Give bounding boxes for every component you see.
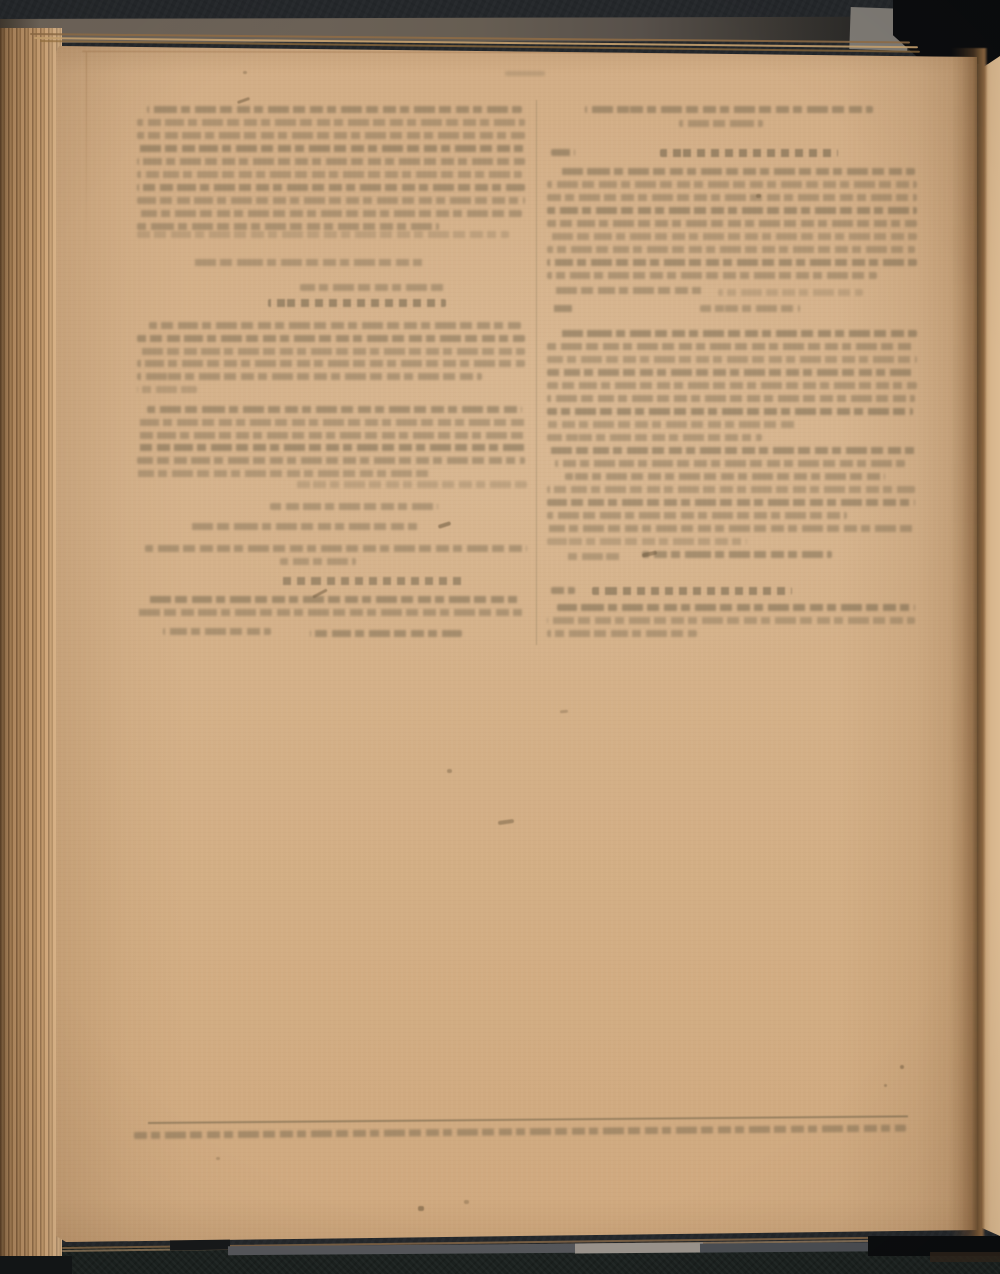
stain (418, 1206, 424, 1211)
showthrough-line (547, 486, 915, 493)
showthrough-line (547, 512, 847, 519)
showthrough-line (557, 330, 917, 337)
showthrough-line (147, 406, 522, 413)
showthrough-line (547, 207, 917, 214)
showthrough-line (145, 545, 527, 552)
showthrough-line (137, 158, 525, 165)
bed-gray-streak (700, 1242, 872, 1252)
showthrough-line (585, 106, 873, 113)
showthrough-line (310, 630, 462, 637)
showthrough-line (137, 145, 525, 152)
showthrough-line (660, 149, 838, 157)
showthrough-line (592, 587, 792, 595)
showthrough-line (137, 210, 522, 217)
showthrough-line (547, 356, 917, 363)
showthrough-line (268, 299, 446, 307)
showthrough-line (547, 194, 917, 201)
showthrough-line (300, 284, 448, 291)
showthrough-line (547, 259, 917, 266)
showthrough-line (547, 272, 877, 279)
showthrough-line (547, 395, 915, 402)
showthrough-line (147, 106, 522, 113)
footer-imprint-showthrough (134, 1125, 906, 1139)
showthrough-line (557, 168, 915, 175)
showthrough-line (137, 457, 525, 464)
showthrough-line (137, 197, 525, 204)
stain (237, 97, 250, 104)
showthrough-line (642, 551, 832, 558)
stain (464, 1200, 469, 1204)
stain (498, 819, 514, 825)
showthrough-line (547, 220, 917, 227)
showthrough-line (137, 360, 525, 367)
showthrough-line (565, 473, 885, 480)
showthrough-overlay (0, 0, 1000, 1274)
showthrough-line (137, 386, 197, 393)
showthrough-line (137, 470, 432, 477)
showthrough-line (547, 382, 917, 389)
showthrough-line (547, 630, 697, 637)
showthrough-line (547, 525, 915, 532)
showthrough-line (137, 335, 525, 342)
column-divider-showthrough (536, 100, 537, 645)
bed-gray-band-light (575, 1243, 703, 1254)
showthrough-line (137, 231, 509, 238)
stain (438, 521, 452, 529)
showthrough-line (547, 246, 915, 253)
page-number-smudge (505, 71, 545, 76)
showthrough-line (137, 444, 525, 451)
showthrough-line (547, 343, 915, 350)
bed-dark-notch (170, 1240, 230, 1251)
showthrough-line (137, 419, 525, 426)
showthrough-line (190, 523, 420, 530)
showthrough-line (555, 287, 705, 294)
showthrough-line (280, 558, 356, 565)
stain (884, 1084, 887, 1087)
showthrough-line (149, 596, 521, 603)
bed-bottom-right-patch (930, 1252, 1000, 1262)
showthrough-line (137, 132, 525, 139)
showthrough-line (547, 233, 917, 240)
showthrough-line (137, 223, 439, 230)
stain (560, 710, 568, 714)
gutter-crease (949, 48, 987, 1240)
showthrough-line (547, 181, 917, 188)
showthrough-line (137, 609, 525, 616)
stain (216, 1157, 220, 1160)
showthrough-line (547, 421, 797, 428)
showthrough-line (137, 373, 482, 380)
showthrough-line (149, 322, 521, 329)
showthrough-line (137, 184, 525, 191)
showthrough-line (555, 460, 905, 467)
showthrough-line (280, 577, 464, 585)
stain (900, 1065, 904, 1069)
showthrough-line (679, 120, 763, 127)
showthrough-line (292, 481, 527, 488)
footer-rule-showthrough (148, 1115, 908, 1123)
showthrough-line (547, 408, 913, 415)
showthrough-line (270, 503, 438, 510)
stain (447, 769, 452, 773)
book-scan-viewport (0, 0, 1000, 1274)
showthrough-line (137, 119, 525, 126)
showthrough-line (163, 628, 271, 635)
bed-bottom-left (0, 1256, 72, 1274)
showthrough-line (551, 587, 575, 594)
showthrough-line (557, 604, 915, 611)
showthrough-line (718, 289, 863, 296)
stain (756, 194, 761, 198)
showthrough-line (547, 369, 915, 376)
showthrough-line (551, 305, 573, 312)
showthrough-line (137, 348, 525, 355)
showthrough-line (547, 447, 915, 454)
showthrough-line (547, 434, 762, 441)
showthrough-line (700, 305, 800, 312)
showthrough-line (547, 499, 915, 506)
showthrough-line (137, 432, 525, 439)
showthrough-line (137, 171, 522, 178)
showthrough-line (192, 259, 424, 266)
showthrough-line (547, 617, 915, 624)
stain (243, 71, 247, 74)
showthrough-line (567, 553, 622, 560)
showthrough-line (547, 538, 747, 545)
showthrough-line (551, 149, 575, 156)
